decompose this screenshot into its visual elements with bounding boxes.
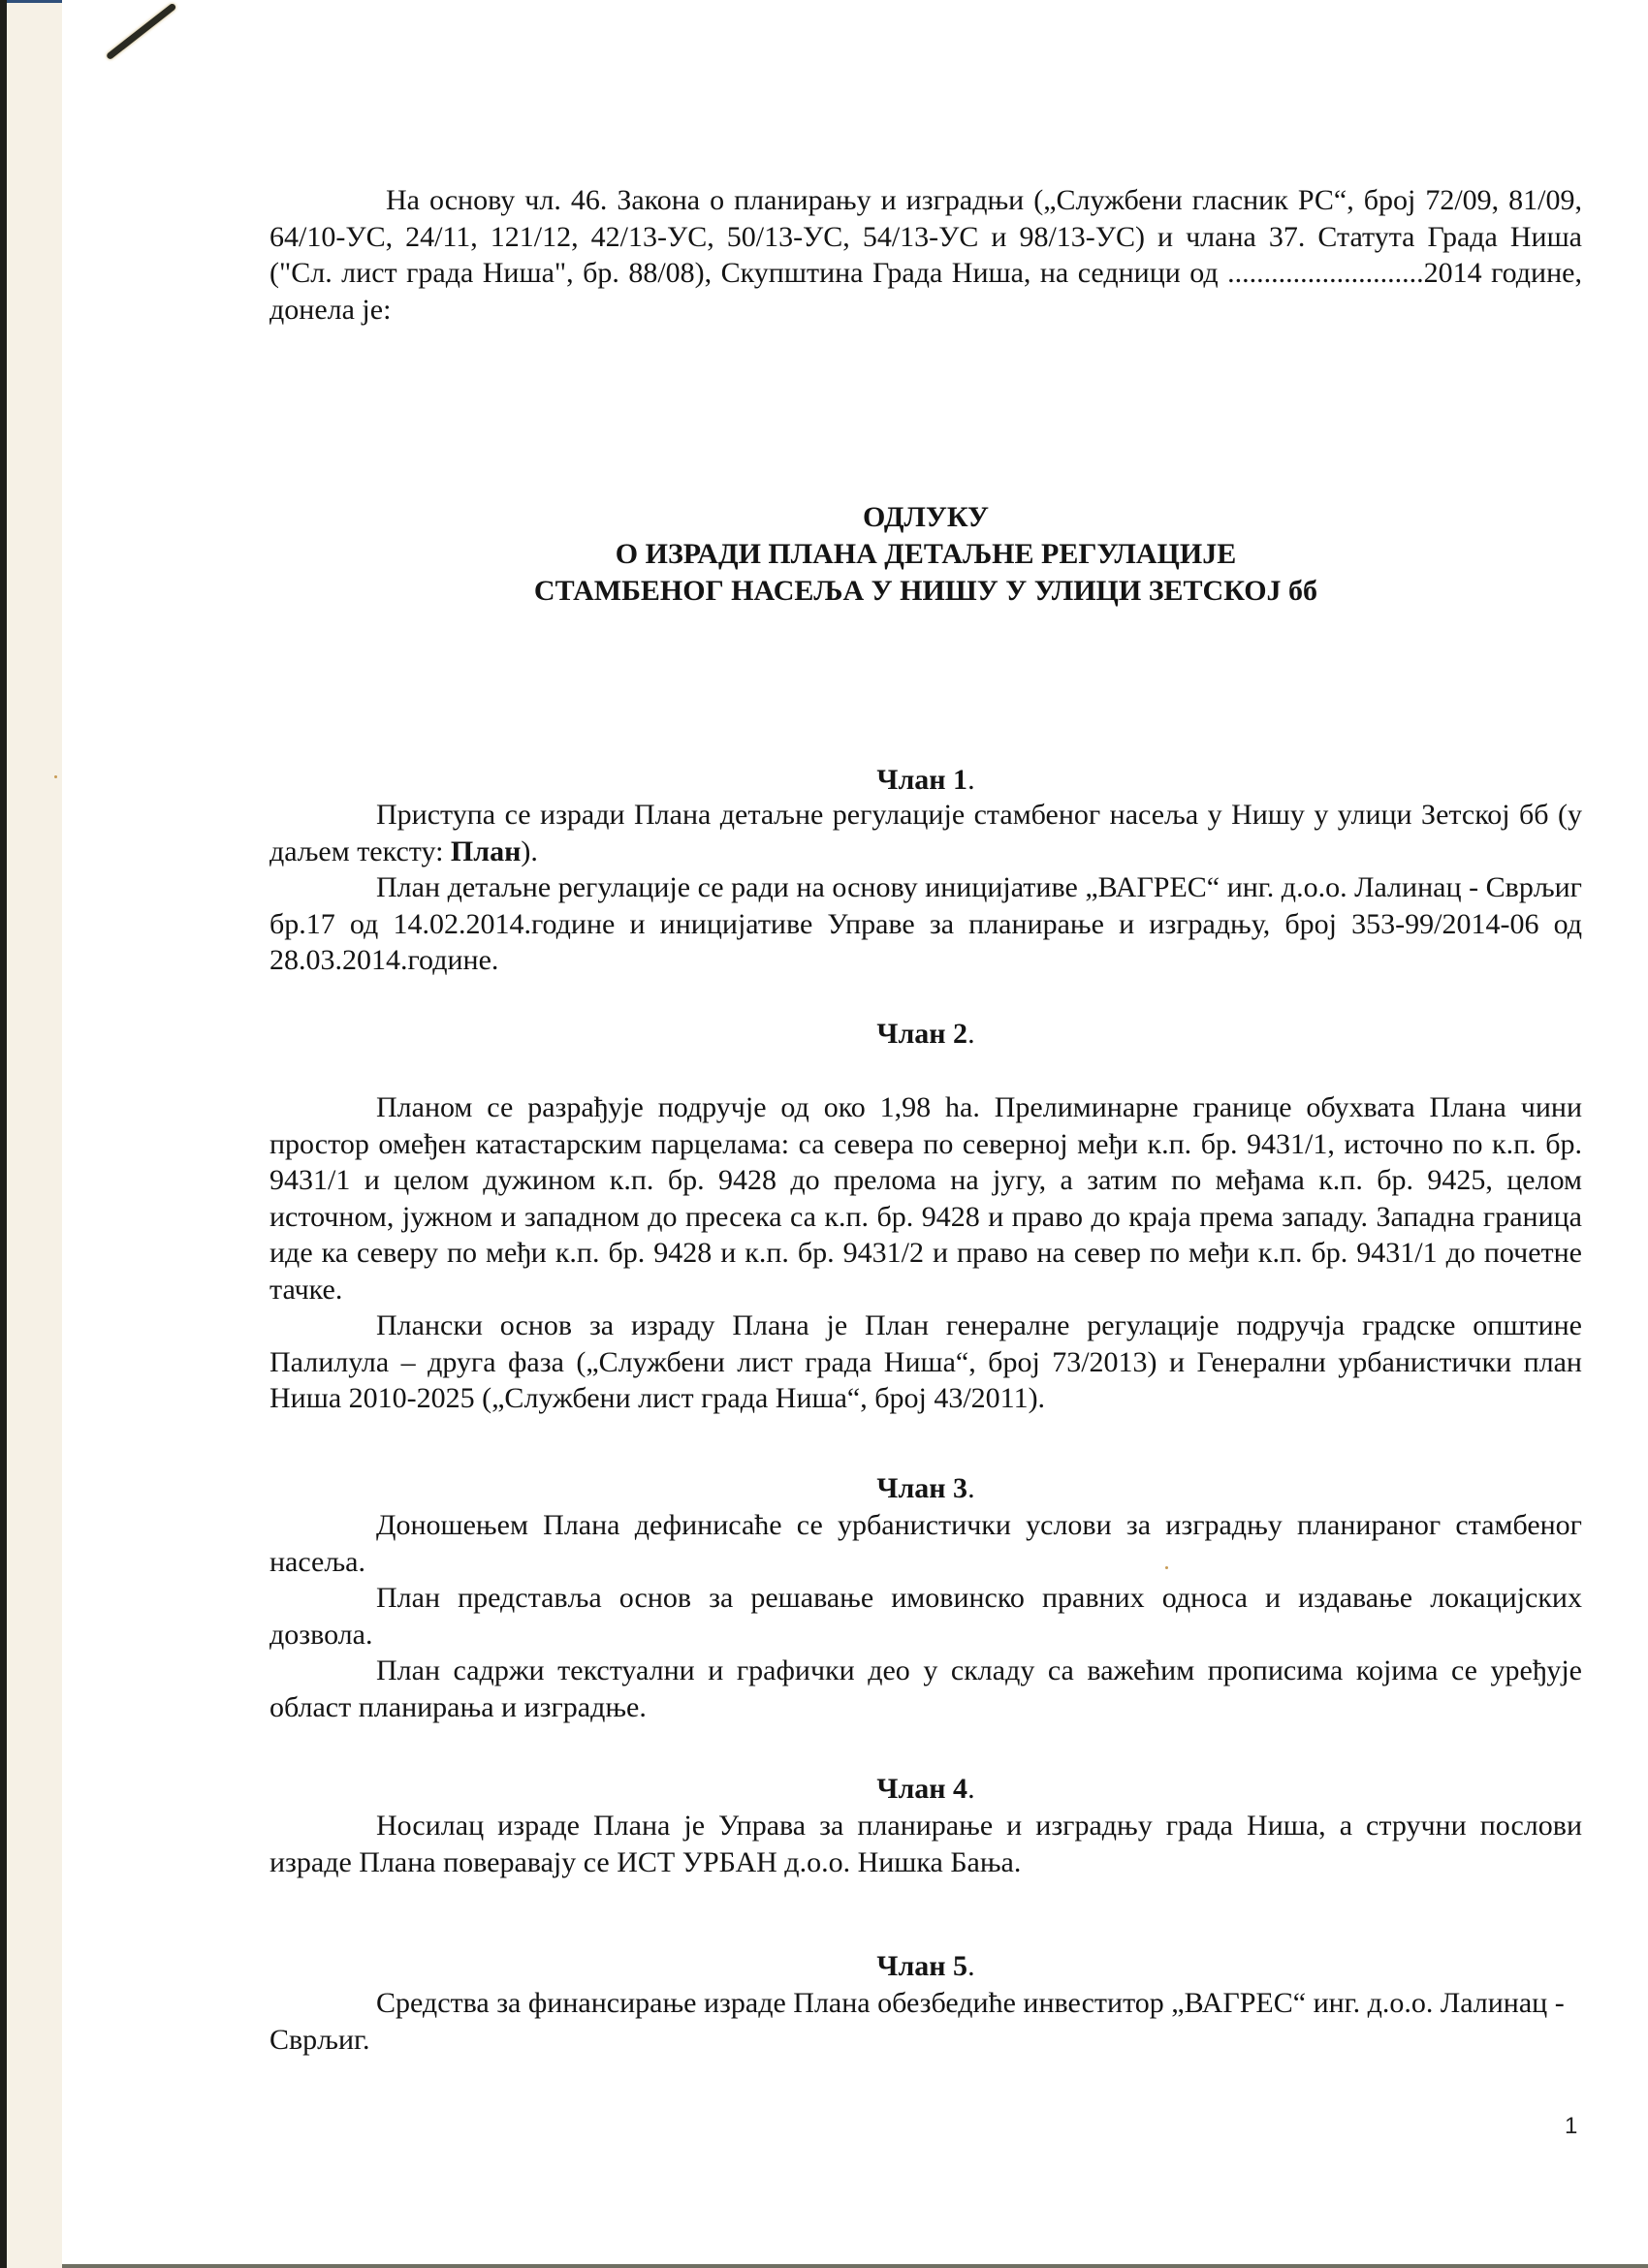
decision-title-line-2: О ИЗРАДИ ПЛАНА ДЕТАЉНЕ РЕГУЛАЦИЈЕ xyxy=(269,536,1582,573)
article-3-heading: Члан 3. xyxy=(269,1471,1582,1506)
article-1-paragraph-1: Приступа се изради Плана детаљне регулац… xyxy=(269,797,1582,869)
staple-mark xyxy=(106,3,177,61)
article-3-paragraph-3: План садржи текстуални и графички део у … xyxy=(269,1653,1582,1725)
article-3-paragraph-1: Доношењем Плана дефинисаће се урбанистич… xyxy=(269,1507,1582,1580)
decision-title-line-3: СТАМБЕНОГ НАСЕЉА У НИШУ У УЛИЦИ ЗЕТСКОЈ … xyxy=(269,573,1582,610)
scan-edge-shadow xyxy=(0,0,7,2268)
article-2-paragraph-1: Планом се разрађује подручје од око 1,98… xyxy=(269,1089,1582,1307)
article-5-paragraph-1: Средства за финансирање израде Плана обе… xyxy=(269,1985,1582,2058)
scan-edge-top xyxy=(7,0,62,3)
article-2-paragraph-2: Плански основ за израду Плана је План ге… xyxy=(269,1307,1582,1417)
page-number: 1 xyxy=(1565,2113,1577,2140)
article-3-paragraph-2: План представља основ за решавање имовин… xyxy=(269,1580,1582,1653)
scan-edge-bottom xyxy=(62,2264,1648,2268)
article-1-paragraph-2: План детаљне регулације се ради на основ… xyxy=(269,869,1582,979)
preamble: На основу чл. 46. Закона о планирању и и… xyxy=(269,182,1582,328)
article-5-heading: Члан 5. xyxy=(269,1949,1582,1984)
article-4-paragraph-1: Носилац израде Плана је Управа за планир… xyxy=(269,1808,1582,1880)
defined-term-plan: План xyxy=(451,835,521,867)
scan-edge-margin xyxy=(7,0,62,2268)
scan-speck xyxy=(54,775,57,778)
decision-title-line-1: ОДЛУКУ xyxy=(269,499,1582,536)
article-2-heading: Члан 2. xyxy=(269,1017,1582,1052)
article-4-heading: Члан 4. xyxy=(269,1772,1582,1807)
article-1-heading: Члан 1. xyxy=(269,763,1582,798)
